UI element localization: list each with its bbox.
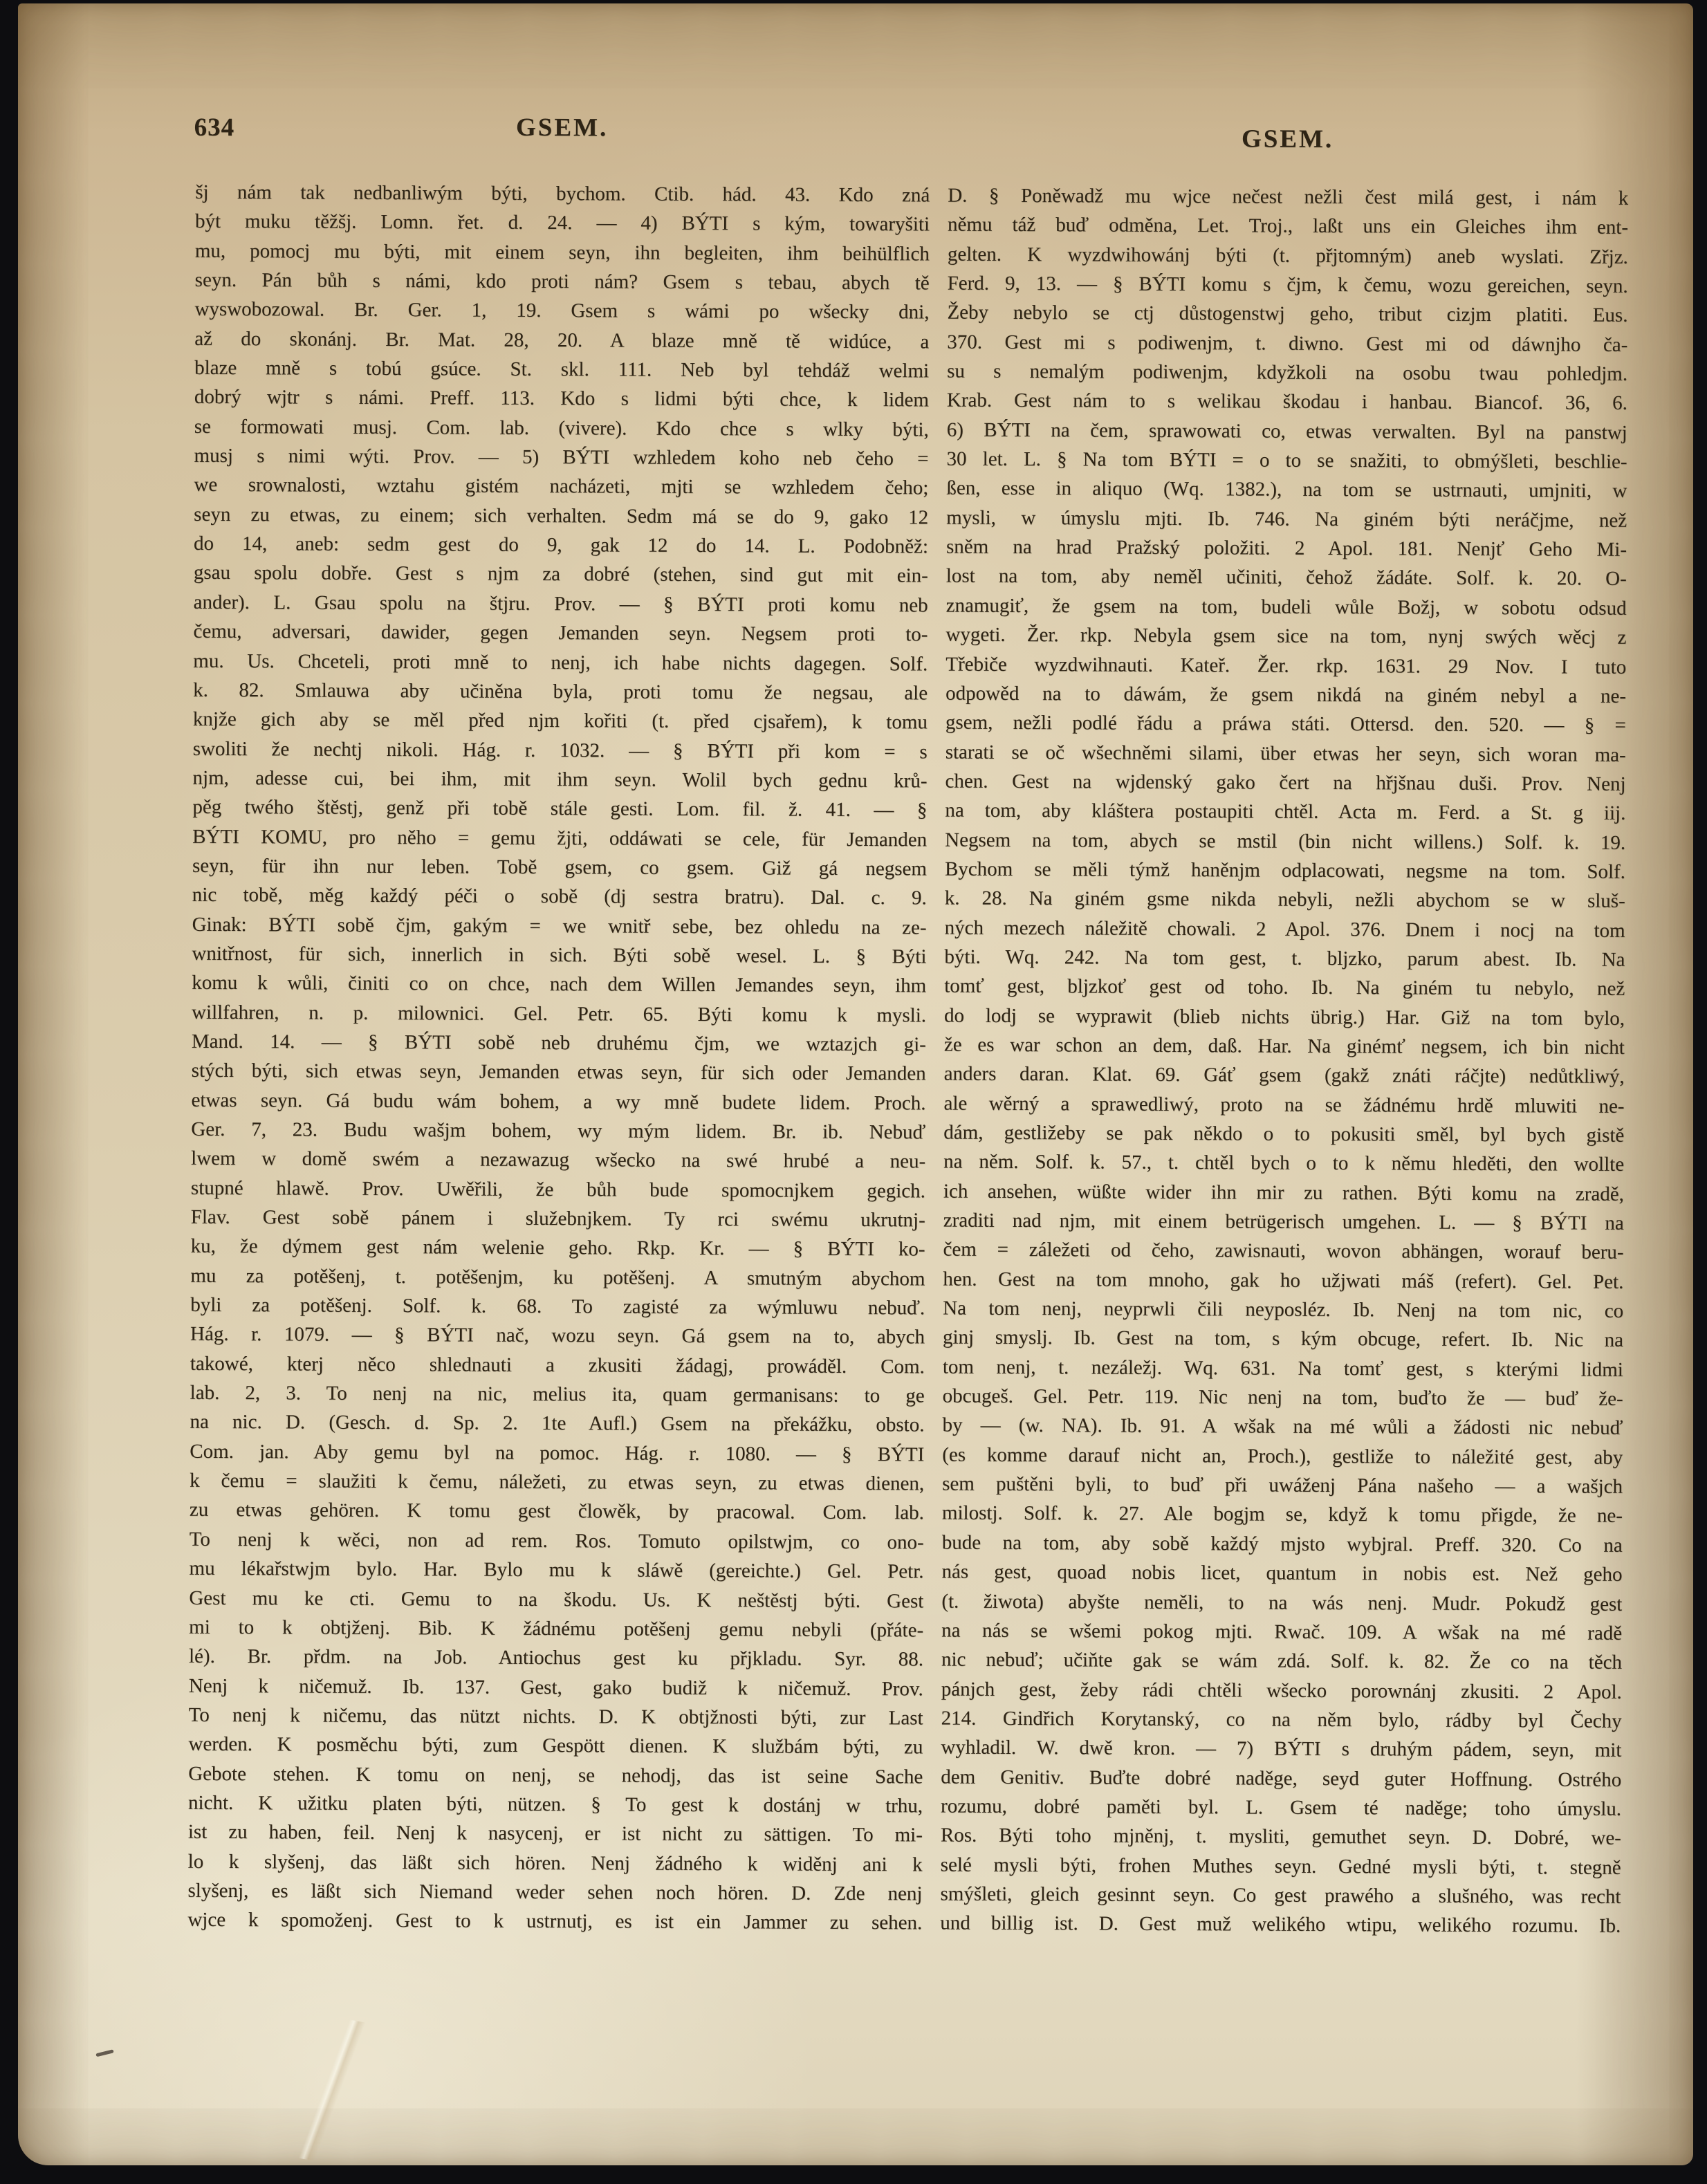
text-line: odpowěd na to dáwám, že gsem nikdá na gi… — [945, 678, 1626, 711]
text-line: ist zu haben, feil. Nenj k nasycenj, er … — [188, 1817, 923, 1850]
text-line: Krab. Gest nám to s welikau škodau i han… — [947, 386, 1627, 418]
text-line: mu za potěšenj, t. potěšenjm, ku potěšen… — [190, 1261, 925, 1294]
text-line: být muku těžšj. Lomn. řet. d. 24. — 4) B… — [195, 207, 930, 239]
text-line: seyn. Pán bůh s námi, kdo proti nám? Gse… — [195, 266, 930, 298]
text-line: Ros. Býti toho mjněnj, t. mysliti, gemut… — [941, 1821, 1621, 1853]
text-line: Ginak: BÝTI sobě čjm, gakým = we wnitř s… — [192, 909, 927, 942]
text-line: lo k slyšenj, das läßt sich hören. Nenj … — [188, 1847, 923, 1879]
text-line: hen. Gest na tom mnoho, gak ho užjwati m… — [943, 1264, 1623, 1297]
text-line: Flav. Gest sobě pánem i služebnjkem. Ty … — [191, 1203, 925, 1235]
running-head-left-column: GSEM. — [196, 111, 929, 145]
text-line: komu k wůli, činiti co on chce, nach dem… — [192, 968, 926, 1001]
text-line: wygeti. Žer. rkp. Nebyla gsem sice na to… — [945, 620, 1626, 653]
text-line: (t. žiwota) abyšte neměli, to na wás nen… — [941, 1586, 1622, 1619]
text-line: pánjch gest, žeby rádi chtěli wšecko por… — [941, 1674, 1622, 1707]
text-line: knjže gich aby se měl před njm kořiti (t… — [193, 705, 928, 737]
text-line: lwem w domě swém a nezawazug wšecko na s… — [191, 1144, 925, 1176]
text-line: ander). L. Gsau spolu na štjru. Prov. — … — [194, 588, 928, 620]
text-line: na nás se wšemi pokog mjti. Rwač. 109. A… — [941, 1616, 1622, 1648]
text-line: zraditi nad njm, mit einem betrügerisch … — [943, 1206, 1624, 1239]
text-line: 30 let. L. § Na tom BÝTI = o to se snaži… — [946, 445, 1627, 477]
text-line: smýšleti, gleich gesinnt seyn. Co gest p… — [940, 1879, 1621, 1912]
text-line: býti. Wq. 242. Na tom gest, t. bljzko, p… — [944, 942, 1625, 974]
text-line: D. § Poněwadž mu wjce nečest nežli čest … — [948, 181, 1628, 214]
text-line: und billig ist. D. Gest muž welikého wti… — [940, 1909, 1621, 1941]
text-line: (es komme darauf nicht an, Proch.), gest… — [942, 1440, 1623, 1472]
text-line: starati se oč wšechněmi silami, über etw… — [945, 737, 1626, 770]
text-line: pěg twého štěstj, genž při tobě stále ge… — [192, 793, 927, 825]
text-line: k. 28. Na giném gsme nikda nebyli, nežli… — [945, 884, 1625, 916]
text-line: ginj smyslj. Ib. Gest na tom, s kým obcu… — [943, 1323, 1623, 1355]
text-line: etwas seyn. Gá budu wám bohem, a wy mně … — [191, 1085, 925, 1118]
text-line: němu táž buď odměna, Let. Troj., laßt un… — [948, 210, 1628, 243]
text-line: dobrý wjtr s námi. Preff. 113. Kdo s lid… — [194, 382, 929, 415]
text-line: 370. Gest mi s podiwenjm, t. diwno. Gest… — [947, 327, 1627, 360]
text-line: mi to k obtjženj. Bib. K žádnému potěšen… — [189, 1613, 923, 1645]
text-line: Na tom nenj, neyprwli čili neyposléz. Ib… — [943, 1294, 1623, 1326]
text-line: Mand. 14. — § BÝTI sobě neb druhému čjm,… — [192, 1027, 926, 1059]
text-line: lé). Br. přdm. na Job. Antiochus gest ku… — [189, 1642, 923, 1674]
text-line: seyn zu etwas, zu einem; sich verhalten.… — [194, 500, 928, 533]
text-line: gsem, nežli podlé řádu a práwa státi. Ot… — [945, 708, 1626, 741]
text-line: seyn, für ihn nur leben. Tobě gsem, co g… — [192, 851, 927, 884]
text-line: mu lékařstwjm bylo. Har. Bylo mu k sláwě… — [189, 1554, 923, 1586]
text-line: su s nemalým podiwenjm, kdyžkoli na osob… — [947, 357, 1627, 389]
text-line: Negsem na tom, abych se mstil (bin nicht… — [945, 825, 1625, 858]
text-line: k. 82. Smlauwa aby učiněna byla, proti t… — [193, 676, 928, 708]
text-line: wnitřnost, für sich, innerlich in sich. … — [192, 939, 926, 972]
text-line: Nenj k ničemuž. Ib. 137. Gest, gako budi… — [189, 1671, 923, 1703]
text-line: šj nám tak nedbanliwým býti, bychom. Cti… — [195, 178, 930, 210]
text-line: ich ansehen, wüßte wider ihn mir zu rath… — [943, 1176, 1624, 1209]
text-line: nic nebuď; učiňte gak se wám zdá. Solf. … — [941, 1645, 1622, 1678]
text-line: Třebiče wyzdwihnauti. Kateř. Žer. rkp. 1… — [945, 649, 1626, 682]
text-line: Gest mu ke cti. Gemu to na škodu. Us. K … — [189, 1583, 923, 1616]
text-line: obcugeš. Gel. Petr. 119. Nic nenj na tom… — [943, 1382, 1623, 1414]
text-column-left: šj nám tak nedbanliwým býti, bychom. Cti… — [187, 178, 930, 1938]
text-line: Com. jan. Aby gemu byl na pomoc. Hág. r.… — [190, 1437, 924, 1470]
text-line: do 14, aneb: sedm gest do 9, gak 12 do 1… — [194, 529, 928, 562]
text-line: se formowati musj. Com. lab. (vivere). K… — [194, 412, 929, 445]
text-line: do lodj se wyprawit (blieb nichts übrig.… — [944, 1001, 1625, 1033]
text-line: tomť gest, bljzkoť gest od toho. Ib. Na … — [944, 972, 1625, 1004]
text-line: willfahren, n. p. milownici. Gel. Petr. … — [192, 997, 926, 1030]
text-line: 6) BÝTI na čem, sprawowati co, etwas ver… — [947, 415, 1627, 447]
text-line: milostj. Solf. k. 27. Ale bogjm se, když… — [942, 1499, 1623, 1531]
text-line: že es war schon an dem, daß. Har. Na gin… — [944, 1030, 1625, 1063]
text-line: zu etwas gehören. K tomu gest člowěk, by… — [190, 1495, 924, 1528]
text-line: rozumu, dobré paměti byl. L. Gsem té nad… — [941, 1791, 1621, 1824]
text-line: wyhladil. W. dwě kron. — 7) BÝTI s druhý… — [941, 1733, 1621, 1766]
scanned-book-page: 634 GSEM. GSEM. šj nám tak nedbanliwým b… — [18, 3, 1693, 2165]
text-line: BÝTI KOMU, pro něho = gemu žjti, oddáwat… — [192, 822, 927, 854]
text-line: lab. 2, 3. To nenj na nic, melius ita, q… — [190, 1378, 925, 1411]
text-line: k čemu = slaužiti k čemu, náležeti, zu e… — [190, 1466, 924, 1499]
text-line: chen. Gest na wjdenský gako čert na hřjš… — [945, 766, 1625, 799]
text-line: 214. Gindřich Korytanský, co na něm bylo… — [941, 1703, 1622, 1736]
text-line: Hág. r. 1079. — § BÝTI nač, wozu seyn. G… — [190, 1320, 925, 1352]
text-column-right: D. § Poněwadž mu wjce nečest nežli čest … — [940, 181, 1628, 1941]
text-line: sem puštěni byli, to buď při uwáženj Pán… — [942, 1470, 1623, 1502]
page-content: 634 GSEM. GSEM. šj nám tak nedbanliwým b… — [12, 0, 1697, 2169]
text-line: Ger. 7, 23. Budu wašjm bohem, wy mým lid… — [191, 1115, 925, 1147]
text-line: lost na tom, aby neměl učiniti, čehož žá… — [946, 562, 1627, 594]
text-line: znamugiť, že gsem na tom, budeli wůle Bo… — [946, 591, 1627, 623]
running-head-right-column: GSEM. — [948, 123, 1627, 156]
text-line: byli za potěšenj. Solf. k. 68. To zagist… — [190, 1290, 925, 1323]
text-line: mu, pomocj mu býti, mit einem seyn, ihn … — [195, 237, 930, 269]
text-line: mu. Us. Chceteli, proti mně to nenj, ich… — [193, 646, 928, 678]
text-line: tom nenj, t. nezáležj. Wq. 631. Na tomť … — [943, 1352, 1623, 1385]
text-line: njm, adesse cui, bei ihm, mit ihm seyn. … — [192, 764, 927, 796]
text-line: mysli, w úmyslu mjti. Ib. 746. Na giném … — [946, 503, 1627, 535]
text-line: slyšenj, es läßt sich Niemand weder sehe… — [187, 1876, 922, 1909]
text-line: čemu, adversari, dawider, gegen Jemanden… — [193, 617, 928, 649]
text-line: na nic. D. (Gesch. d. Sp. 2. 1te Aufl.) … — [190, 1407, 924, 1440]
text-line: we srownalosti, wztahu gistém nacházeti,… — [194, 470, 928, 503]
text-line: ku, že dýmem gest nám welenie geho. Rkp.… — [191, 1232, 925, 1264]
text-line: ných mezech náležitě chowali. 2 Apol. 37… — [945, 913, 1625, 945]
text-line: anders daran. Klat. 69. Gáť gsem (gakž z… — [944, 1059, 1625, 1092]
text-line: gsau spolu dobře. Gest s njm za dobré (s… — [194, 558, 928, 591]
text-line: na tom, aby kláštera postaupiti chtěl. A… — [945, 796, 1625, 829]
text-line: Bychom se měli týmž haněnjm odplacowati,… — [945, 854, 1625, 887]
text-line: blaze mně s tobú gsúce. St. skl. 111. Ne… — [194, 353, 929, 386]
text-line: ßen, esse in aliquo (Wq. 1382.), na tom … — [946, 474, 1627, 506]
text-line: bude na tom, aby sobě každý mjsto wybjra… — [942, 1528, 1623, 1560]
text-line: sněm na hrad Pražský položiti. 2 Apol. 1… — [946, 533, 1627, 565]
text-line: Gebote stehen. K tomu on nenj, se nehodj… — [188, 1759, 923, 1791]
text-line: To nenj k wěci, non ad rem. Ros. Tomuto … — [190, 1525, 924, 1557]
text-line: Ferd. 9, 13. — § BÝTI komu s čjm, k čemu… — [948, 269, 1628, 302]
text-line: by — (w. NA). Ib. 91. A wšak na mé wůli … — [942, 1411, 1623, 1443]
text-line: To nenj k ničemu, das nützt nichts. D. K… — [189, 1701, 923, 1733]
text-line: musj s nimi wýti. Prov. — 5) BÝTI wzhled… — [194, 441, 929, 474]
text-line: wyswobozowal. Br. Ger. 1, 19. Gsem s wám… — [194, 295, 929, 327]
text-line: swoliti že nechtj nikoli. Hág. r. 1032. … — [193, 734, 928, 766]
text-line: dám, gestližeby se pak někdo o to pokusi… — [943, 1118, 1624, 1151]
text-line: stých býti, sich etwas seyn, Jemanden et… — [192, 1056, 926, 1089]
text-line: stupné hlawě. Prov. Uwěřili, že bůh bude… — [191, 1173, 925, 1205]
text-line: takowé, kterj něco shlednauti a zkusiti … — [190, 1349, 925, 1382]
text-line: Žeby nebylo se ctj důstogenstwj geho, tr… — [947, 298, 1627, 331]
text-line: na něm. Solf. k. 57., t. chtěl bych o to… — [943, 1147, 1624, 1180]
text-line: nás gest, quoad nobis licet, quantum in … — [941, 1557, 1622, 1590]
text-line: ale wěrný a sprawedliwý, proto na se žád… — [943, 1089, 1624, 1121]
text-line: selé mysli býti, frohen Muthes seyn. Ged… — [941, 1850, 1621, 1882]
text-line: nicht. K užitku platen býti, nützen. § T… — [188, 1788, 923, 1821]
text-line: wjce k spomoženj. Gest to k ustrnutj, es… — [187, 1905, 922, 1938]
text-line: gelten. K wyzdwihowánj býti (t. přjtomný… — [948, 239, 1628, 272]
text-line: čem = záležeti od čeho, zawisnauti, wovo… — [943, 1235, 1624, 1268]
paper-crease — [272, 2010, 386, 2169]
text-line: až do skonánj. Br. Mat. 28, 20. A blaze … — [194, 324, 929, 357]
text-line: werden. K posměchu býti, zum Gespött die… — [188, 1730, 923, 1762]
text-line: dem Genitiv. Buďte dobré naděge, seyd gu… — [941, 1762, 1621, 1795]
handwritten-pen-mark — [95, 2049, 113, 2057]
text-line: nic tobě, měg každý péči o sobě (dj sest… — [192, 880, 927, 913]
